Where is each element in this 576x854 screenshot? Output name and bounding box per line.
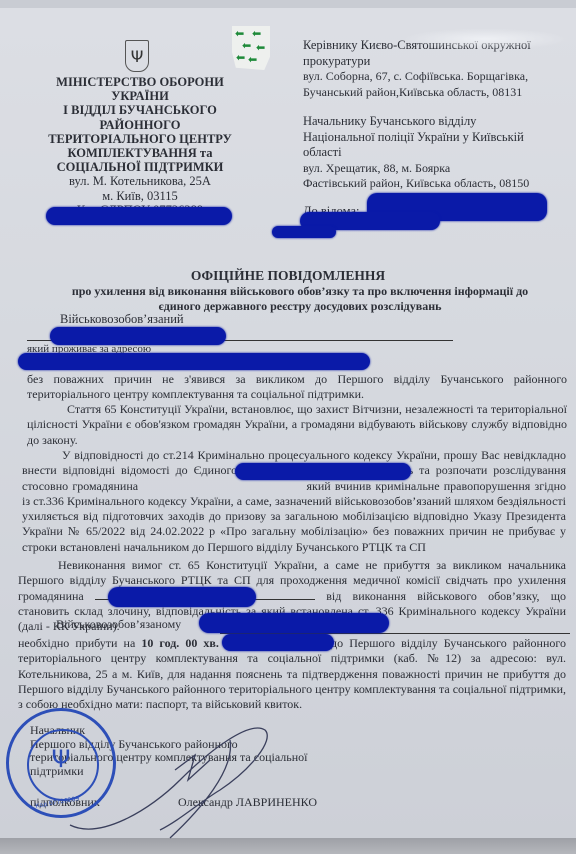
sender-address-line: вул. М. Котельникова, 25А: [40, 174, 240, 188]
paragraph-1: без поважних причин не з'явився за викли…: [27, 372, 567, 403]
redaction-box: [235, 463, 411, 480]
paragraph-2: Стаття 65 Конституції України, встановлю…: [27, 402, 567, 448]
sender-org-line: І ВІДДІЛ БУЧАНСЬКОГО: [40, 103, 240, 117]
sender-org-line: УКРАЇНИ: [40, 89, 240, 103]
paragraph-5-part-a: необхідно прибути на: [18, 636, 135, 650]
recipient-2-line: області: [303, 145, 573, 161]
sender-address-line: м. Київ, 03115: [40, 189, 240, 203]
redaction-box: [199, 613, 389, 633]
recipient-2-line: Начальнику Бучанського відділу: [303, 114, 573, 130]
recipient-2-line: Національної поліції України у Київській: [303, 130, 573, 146]
sender-org-line: КОМПЛЕКТУВАННЯ та: [40, 146, 240, 160]
appointment-time: 10 год. 00 хв.: [141, 636, 219, 650]
sender-org-line: МІНІСТЕРСТВО ОБОРОНИ: [40, 75, 240, 89]
conscript-label: Військовозобов’язаний: [60, 312, 184, 327]
notice-subtitle-line: про ухилення від виконання військового о…: [40, 284, 560, 299]
sender-org-line: РАЙОННОГО: [40, 118, 240, 132]
paragraph-5-label: Військовозобов’язаному: [56, 617, 181, 632]
notice-title: ОФІЦІЙНЕ ПОВІДОМЛЕННЯ: [0, 268, 576, 284]
redaction-box: [222, 634, 334, 651]
recipient-2-address: Фастівський район, Київська область, 081…: [303, 176, 573, 192]
redaction-box: [18, 353, 370, 370]
sender-org-line: ТЕРИТОРІАЛЬНОГО ЦЕНТРУ: [40, 132, 240, 146]
trident-icon: Ψ: [125, 40, 149, 72]
handwritten-signature-icon: [60, 710, 320, 840]
sender-block: МІНІСТЕРСТВО ОБОРОНИ УКРАЇНИ І ВІДДІЛ БУ…: [40, 75, 240, 217]
background-surface: [0, 838, 576, 854]
green-arrow-sticker: ⬅⬅ ⬅⬅ ⬅⬅: [232, 26, 270, 70]
recipients-block: Керівнику Києво-Святошинської окружної п…: [303, 38, 573, 219]
redaction-box: [108, 587, 256, 607]
redaction-box: [272, 226, 336, 238]
recipient-1-address: вул. Соборна, 67, с. Софіївська. Борщагі…: [303, 69, 573, 85]
recipient-2-address: вул. Хрещатик, 88, м. Боярка: [303, 161, 573, 177]
paper-smudge: [400, 28, 570, 50]
recipient-1-address: Бучанський район,Київська область, 08131: [303, 85, 573, 101]
redaction-box: [46, 207, 232, 225]
sender-org-line: СОЦІАЛЬНОЇ ПІДТРИМКИ: [40, 160, 240, 174]
recipient-1-line: прокуратури: [303, 54, 573, 70]
notice-subtitle: про ухилення від виконання військового о…: [40, 284, 560, 314]
